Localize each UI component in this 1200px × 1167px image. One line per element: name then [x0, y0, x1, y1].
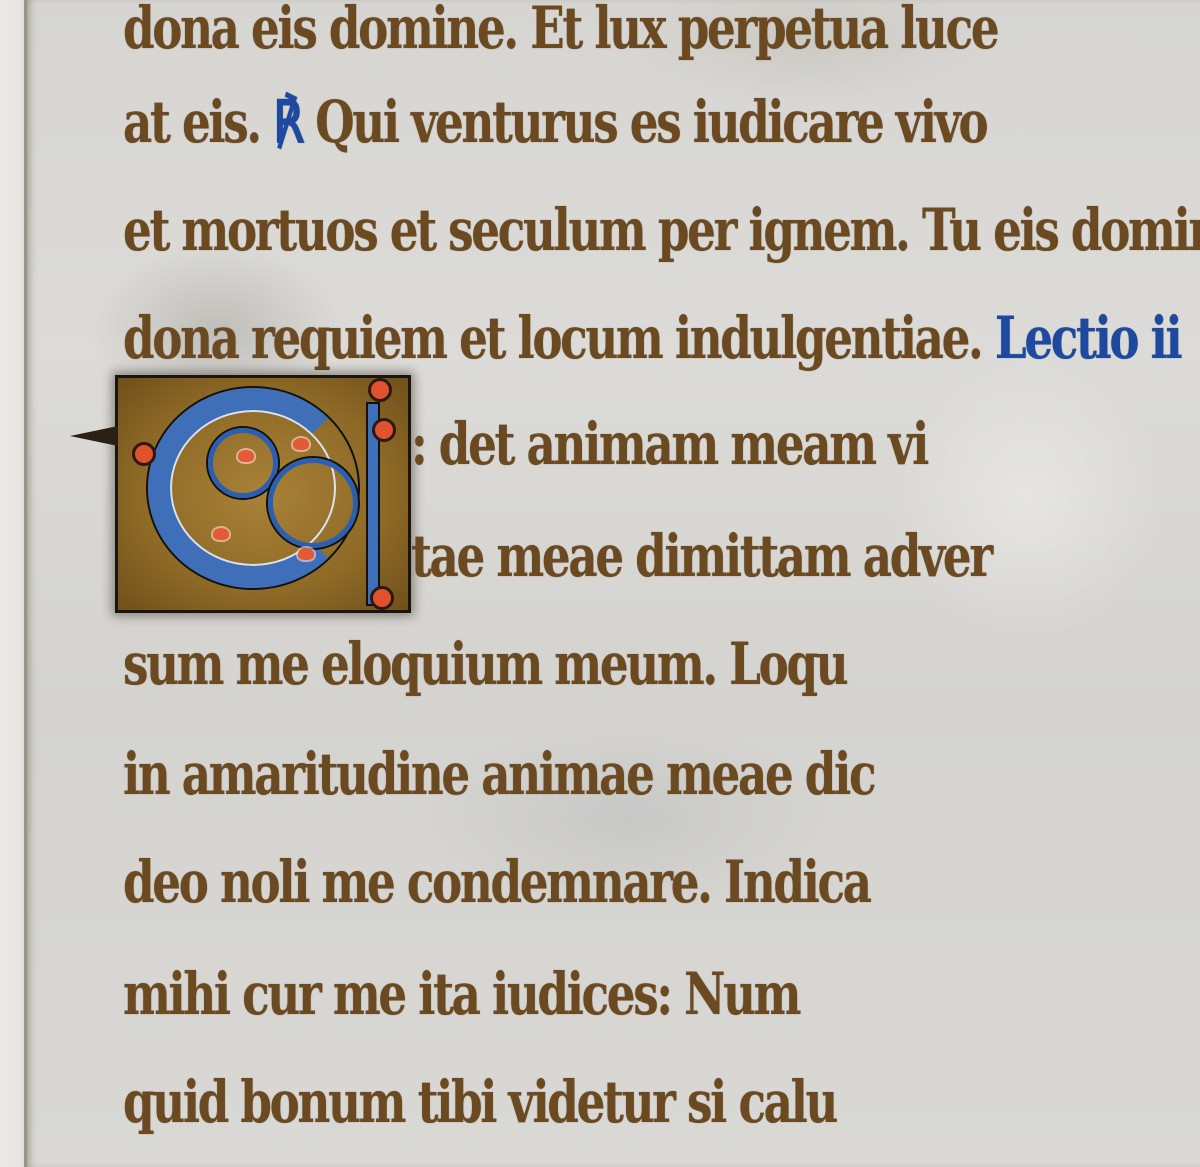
mount-board: [0, 0, 26, 1167]
red-dot-ornament: [368, 378, 392, 402]
red-dot-ornament: [370, 586, 394, 610]
red-dot-ornament: [372, 418, 396, 442]
red-flower-ornament: [213, 528, 229, 540]
text-line-3: et mortuos et seculum per ignem. Tu eis …: [123, 196, 1200, 264]
manuscript-leaf: dona eis domine. Et lux perpetua luce at…: [24, 0, 1200, 1167]
text-line-11: quid bonum tibi videtur si calu: [123, 1068, 836, 1136]
text-line-7: sum me eloquium meum. Loqu: [123, 630, 846, 698]
text-line-8: in amaritudine animae meae dic: [123, 740, 874, 808]
ivy-spike-ornament: [70, 426, 118, 446]
text-line-1: dona eis domine. Et lux perpetua luce: [123, 0, 997, 62]
red-flower-ornament: [298, 548, 314, 560]
vine-swirl: [268, 458, 358, 548]
lesson-rubric: Lectio ii: [995, 304, 1180, 372]
red-flower-ornament: [293, 438, 309, 450]
vine-swirl: [208, 428, 278, 498]
text-line-6: tae meae dimittam adver: [411, 522, 991, 590]
text-line-2: at eis. ℟ Qui venturus es iudicare vivo: [123, 88, 986, 156]
text-line-4: dona requiem et locum indulgentiae. Lect…: [123, 304, 1180, 372]
text-line-10: mihi cur me ita iudices: Num: [123, 960, 799, 1028]
text-line-9: deo noli me condemnare. Indica: [123, 848, 870, 916]
red-flower-ornament: [238, 450, 254, 462]
illuminated-initial: [115, 375, 411, 613]
text-line-5: : det animam meam vi: [411, 410, 927, 478]
responsory-rubric: ℟: [273, 88, 302, 156]
red-dot-ornament: [132, 442, 156, 466]
